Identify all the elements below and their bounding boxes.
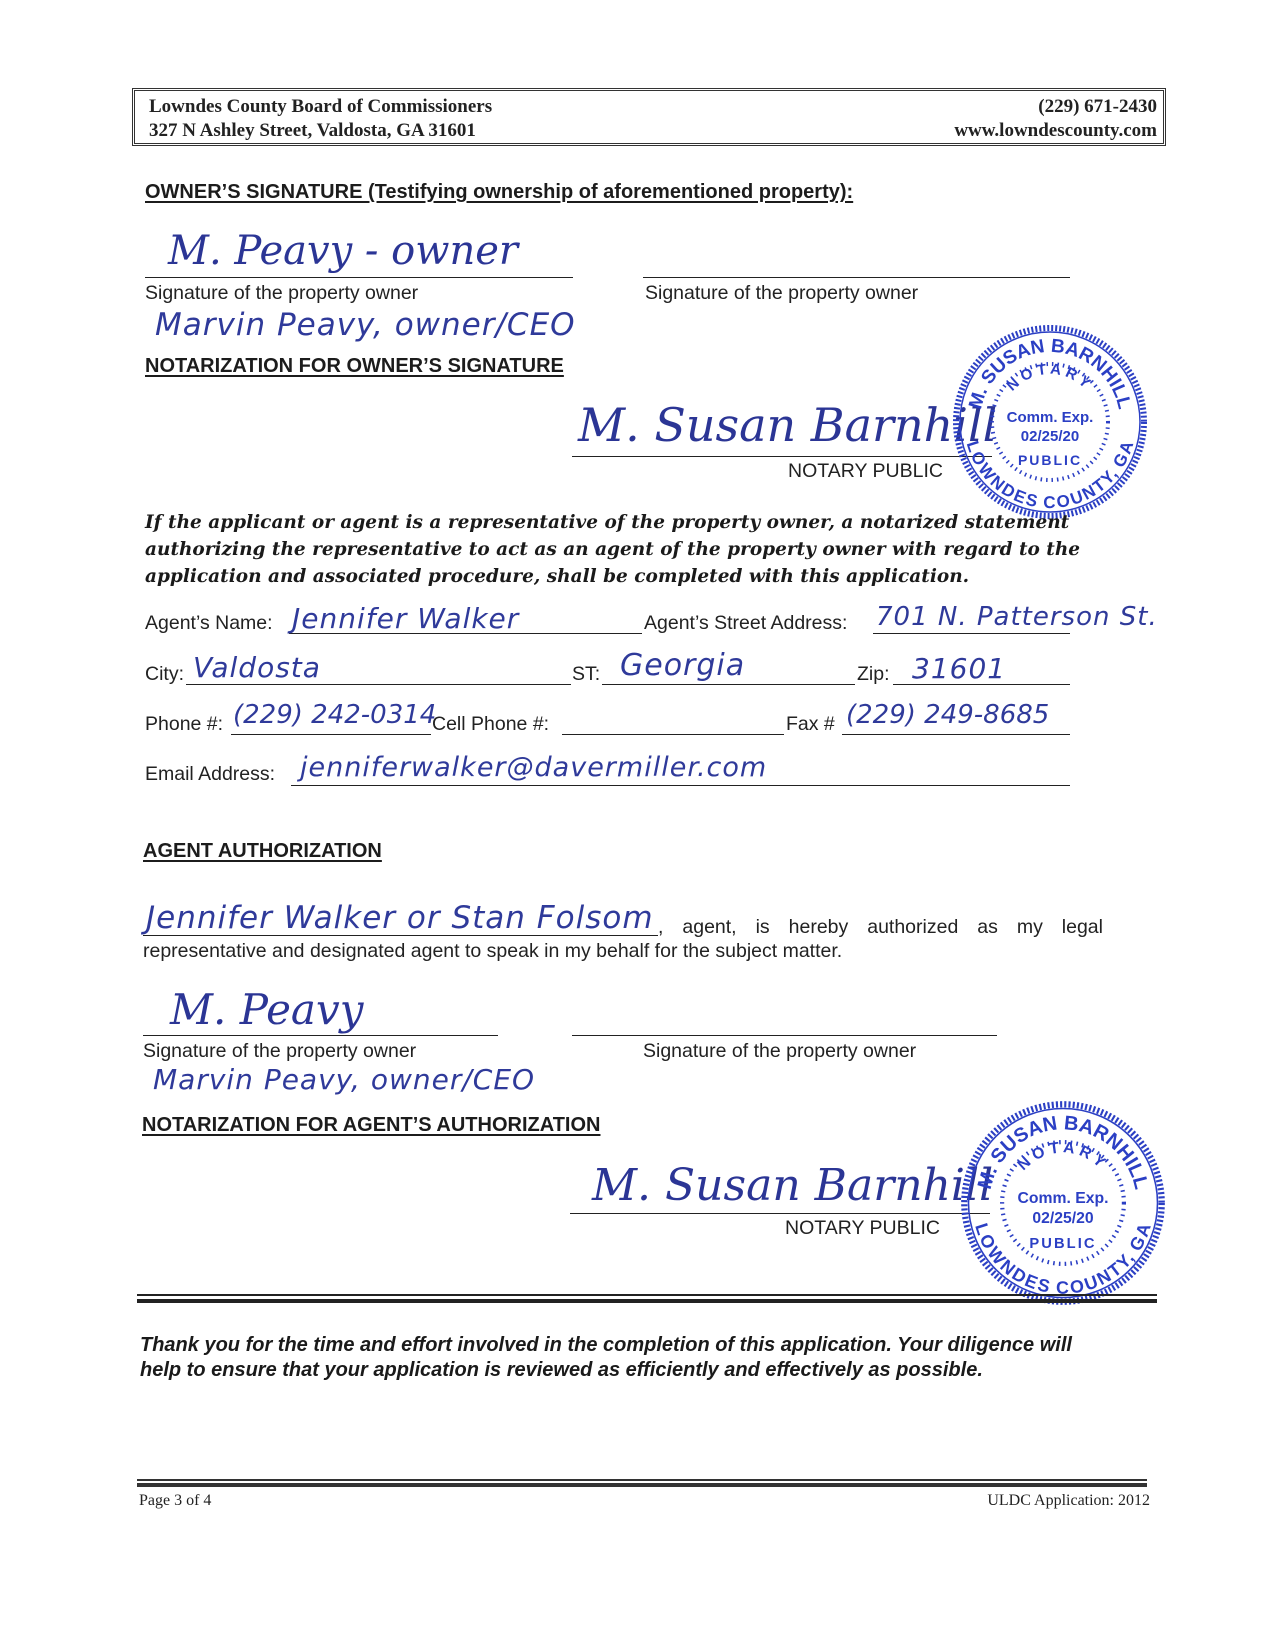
svg-text:LOWNDES COUNTY, GA: LOWNDES COUNTY, GA xyxy=(971,1221,1154,1298)
svg-text:Comm. Exp.: Comm. Exp. xyxy=(1018,1190,1109,1207)
agent-street-label: Agent’s Street Address: xyxy=(644,612,847,635)
owner-notary-line[interactable] xyxy=(572,456,992,457)
agent-auth-signature-label-1: Signature of the property owner xyxy=(143,1040,416,1063)
org-phone: (229) 671-2430 xyxy=(1038,96,1157,118)
agent-street-value: 701 N. Patterson St. xyxy=(876,602,1158,632)
agent-authorization-heading: AGENT AUTHORIZATION xyxy=(143,840,382,863)
document-id: ULDC Application: 2012 xyxy=(987,1492,1150,1510)
svg-text:NOTARY: NOTARY xyxy=(1015,1139,1112,1174)
agent-auth-signature-line-2[interactable] xyxy=(572,1035,997,1036)
svg-text:02/25/20: 02/25/20 xyxy=(1021,428,1079,445)
phone-field[interactable] xyxy=(231,734,431,735)
cell-phone-label: Cell Phone #: xyxy=(432,713,549,736)
authorization-text-1: , agent, is hereby authorized as my lega… xyxy=(658,916,1103,939)
agent-street-field[interactable] xyxy=(873,633,1070,634)
email-field[interactable] xyxy=(291,785,1070,786)
cell-phone-field[interactable] xyxy=(562,734,784,735)
fax-value: (229) 249-8685 xyxy=(846,700,1049,730)
authorized-agent-names: Jennifer Walker or Stan Folsom xyxy=(146,900,654,936)
notary-seal-icon: M. SUSAN BARNHILL LOWNDES COUNTY, GA NOT… xyxy=(950,322,1150,522)
agent-auth-signature-label-2: Signature of the property owner xyxy=(643,1040,916,1063)
owner-notarization-heading: NOTARIZATION FOR OWNER’S SIGNATURE xyxy=(145,355,564,378)
city-field[interactable] xyxy=(186,684,571,685)
agent-notice: If the applicant or agent is a represent… xyxy=(145,509,1110,590)
state-label: ST: xyxy=(572,663,600,686)
authorization-text-2: representative and designated agent to s… xyxy=(143,940,842,963)
owner-printed-name: Marvin Peavy, owner/CEO xyxy=(155,307,576,343)
agent-auth-owner-signature: M. Peavy xyxy=(170,985,363,1034)
agent-notary-line[interactable] xyxy=(570,1213,990,1214)
org-website: www.lowndescounty.com xyxy=(954,120,1157,142)
phone-value: (229) 242-0314 xyxy=(233,700,436,730)
owner-signature-label-2: Signature of the property owner xyxy=(645,282,918,305)
org-name: Lowndes County Board of Commissioners xyxy=(149,96,492,118)
footer-rule xyxy=(137,1479,1147,1487)
state-value: Georgia xyxy=(620,648,745,683)
email-label: Email Address: xyxy=(145,763,275,786)
svg-text:PUBLIC: PUBLIC xyxy=(1029,1236,1096,1252)
owner-signature-line-1[interactable] xyxy=(145,277,573,278)
agent-auth-printed-name: Marvin Peavy, owner/CEO xyxy=(153,1063,535,1096)
agent-name-label: Agent’s Name: xyxy=(145,612,273,635)
fax-field[interactable] xyxy=(842,734,1070,735)
city-value: Valdosta xyxy=(193,651,321,684)
owner-handwritten-signature: M. Peavy - owner xyxy=(168,228,518,274)
owner-signature-heading: OWNER’S SIGNATURE (Testifying ownership … xyxy=(145,181,853,204)
svg-text:PUBLIC: PUBLIC xyxy=(1018,452,1082,468)
owner-notary-signature: M. Susan Barnhill xyxy=(578,398,997,452)
fax-label: Fax # xyxy=(786,713,835,736)
owner-signature-line-2[interactable] xyxy=(643,277,1070,278)
authorized-agent-field[interactable] xyxy=(143,935,658,936)
zip-value: 31601 xyxy=(912,652,1006,685)
notary-seal-icon: M. SUSAN BARNHILL LOWNDES COUNTY, GA NOT… xyxy=(958,1098,1168,1308)
svg-text:02/25/20: 02/25/20 xyxy=(1032,1210,1093,1227)
notary-seal-owner: M. SUSAN BARNHILL LOWNDES COUNTY, GA NOT… xyxy=(950,322,1150,522)
agent-notary-signature: M. Susan Barnhill xyxy=(592,1160,993,1211)
email-value: jenniferwalker@davermiller.com xyxy=(300,752,767,783)
zip-label: Zip: xyxy=(857,663,890,686)
svg-text:Comm. Exp.: Comm. Exp. xyxy=(1007,409,1094,426)
state-field[interactable] xyxy=(602,684,855,685)
owner-signature-label-1: Signature of the property owner xyxy=(145,282,418,305)
letterhead-box: Lowndes County Board of Commissioners 32… xyxy=(132,88,1166,146)
phone-label: Phone #: xyxy=(145,713,223,736)
closing-message: Thank you for the time and effort involv… xyxy=(140,1333,1110,1383)
city-label: City: xyxy=(145,663,184,686)
svg-text:LOWNDES COUNTY, GA: LOWNDES COUNTY, GA xyxy=(963,439,1138,512)
section-divider xyxy=(137,1294,1157,1303)
owner-notary-label: NOTARY PUBLIC xyxy=(788,460,943,483)
agent-auth-signature-line-1[interactable] xyxy=(143,1035,498,1036)
org-address: 327 N Ashley Street, Valdosta, GA 31601 xyxy=(149,120,476,142)
agent-notarization-heading: NOTARIZATION FOR AGENT’S AUTHORIZATION xyxy=(142,1114,600,1137)
page-number: Page 3 of 4 xyxy=(139,1492,211,1510)
agent-notary-label: NOTARY PUBLIC xyxy=(785,1217,940,1240)
notary-seal-agent: M. SUSAN BARNHILL LOWNDES COUNTY, GA NOT… xyxy=(958,1098,1168,1308)
agent-name-value: Jennifer Walker xyxy=(292,602,519,635)
